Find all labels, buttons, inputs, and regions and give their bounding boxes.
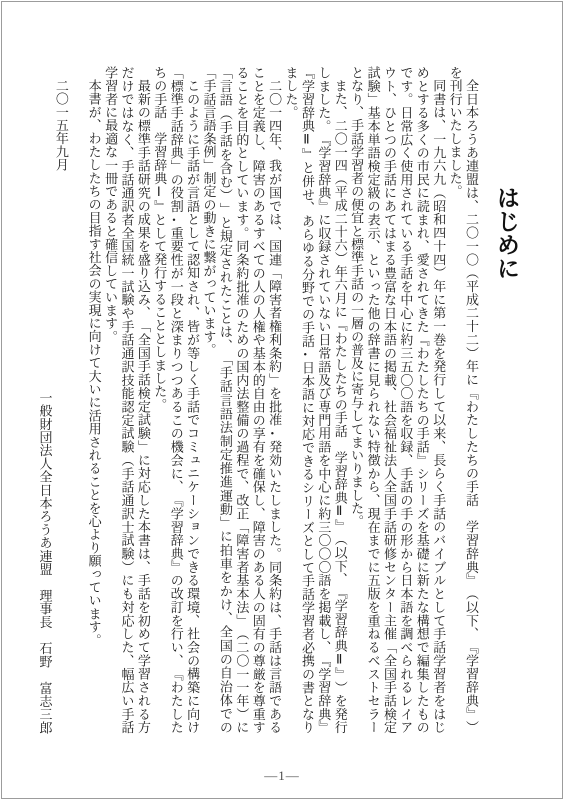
page-border: はじめに 全日本ろうあ連盟は、二〇一〇（平成二十二）年に『わたしたちの手話 学習… bbox=[1, 1, 563, 799]
body-paragraph: 最新の標準手話研究の成果を盛り込み、「全国手話検定試験」に対応した本書は、手話を… bbox=[102, 66, 151, 734]
page-number: ―1― bbox=[2, 768, 562, 784]
date-line: 二〇一五年九月 bbox=[52, 66, 68, 734]
body-text: 全日本ろうあ連盟は、二〇一〇（平成二十二）年に『わたしたちの手話 学習辞典』（以… bbox=[35, 66, 479, 734]
page-title: はじめに bbox=[494, 186, 520, 280]
body-paragraph: 二〇一四年、我が国では、国連「障害者権利条約」を批准・発効いたしました。同条約は… bbox=[200, 66, 282, 734]
document-page: はじめに 全日本ろうあ連盟は、二〇一〇（平成二十二）年に『わたしたちの手話 学習… bbox=[0, 0, 564, 800]
signature-line: 一般財団法人全日本ろうあ連盟 理事長 石野 富志三郎 bbox=[36, 66, 52, 734]
body-paragraph: また、二〇一四（平成二十六）年六月に『わたしたちの手話 学習辞典Ⅱ』（以下、『学… bbox=[282, 66, 348, 734]
body-paragraph: このように手話が言語として認知され、皆が等しく手話でコミュニケーションできる環境… bbox=[151, 66, 200, 734]
body-paragraph: 同書は、一九六九（昭和四十四）年に第一巻を発行して以来、長らく手話のバイブルとし… bbox=[348, 66, 446, 734]
body-paragraph: 全日本ろうあ連盟は、二〇一〇（平成二十二）年に『わたしたちの手話 学習辞典』（以… bbox=[446, 66, 479, 734]
body-paragraph: 本書が、わたしたちの目指す社会の実現に向けて大いに活用されることを心より願ってい… bbox=[85, 66, 101, 734]
